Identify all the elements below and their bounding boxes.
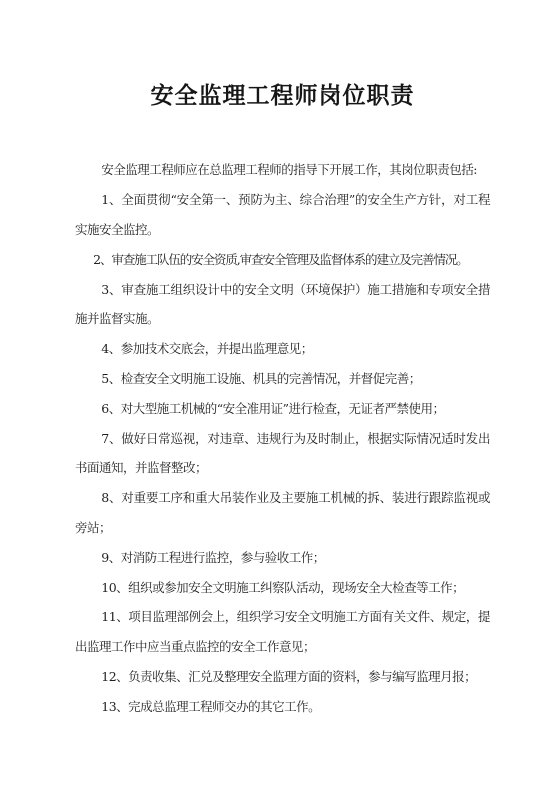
doc-item-11: 11、项目监理部例会上，组织学习安全文明施工方面有关文件、规定，提出监理工作中应… [75,602,490,662]
doc-item-7: 7、做好日常巡视，对违章、违规行为及时制止，根据实际情况适时发出书面通知，并监督… [75,424,490,484]
doc-item-5: 5、检查安全文明施工设施、机具的完善情况，并督促完善； [75,364,490,394]
doc-item-1: 1、全面贯彻“安全第一、预防为主、综合治理”的安全生产方针，对工程实施安全监控。 [75,185,490,245]
doc-item-9: 9、对消防工程进行监控，参与验收工作； [75,543,490,573]
doc-intro-paragraph: 安全监理工程师应在总监理工程师的指导下开展工作，其岗位职责包括: [75,155,490,185]
doc-item-6: 6、对大型施工机械的“安全准用证”进行检查，无证者严禁使用； [75,394,490,424]
document-body: 安全监理工程师应在总监理工程师的指导下开展工作，其岗位职责包括: 1、全面贯彻“… [75,155,490,721]
page-title: 安全监理工程师岗位职责 [75,79,490,113]
document-page: 安全监理工程师岗位职责 安全监理工程师应在总监理工程师的指导下开展工作，其岗位职… [0,0,560,792]
doc-item-10: 10、组织或参加安全文明施工纠察队活动，现场安全大检查等工作； [75,573,490,603]
doc-item-8: 8、对重要工序和重大吊装作业及主要施工机械的拆、装进行跟踪监视或旁站； [75,483,490,543]
doc-item-3: 3、审查施工组织设计中的安全文明（环境保护）施工措施和专项安全措施并监督实施。 [75,275,490,335]
doc-item-4: 4、参加技术交底会，并提出监理意见； [75,334,490,364]
doc-item-2: 2、审查施工队伍的安全资质,审查安全管理及监督体系的建立及完善情况。 [75,245,490,275]
doc-item-12: 12、负责收集、汇兑及整理安全监理方面的资料，参与编写监理月报； [75,662,490,692]
doc-item-13: 13、完成总监理工程师交办的其它工作。 [75,692,490,722]
